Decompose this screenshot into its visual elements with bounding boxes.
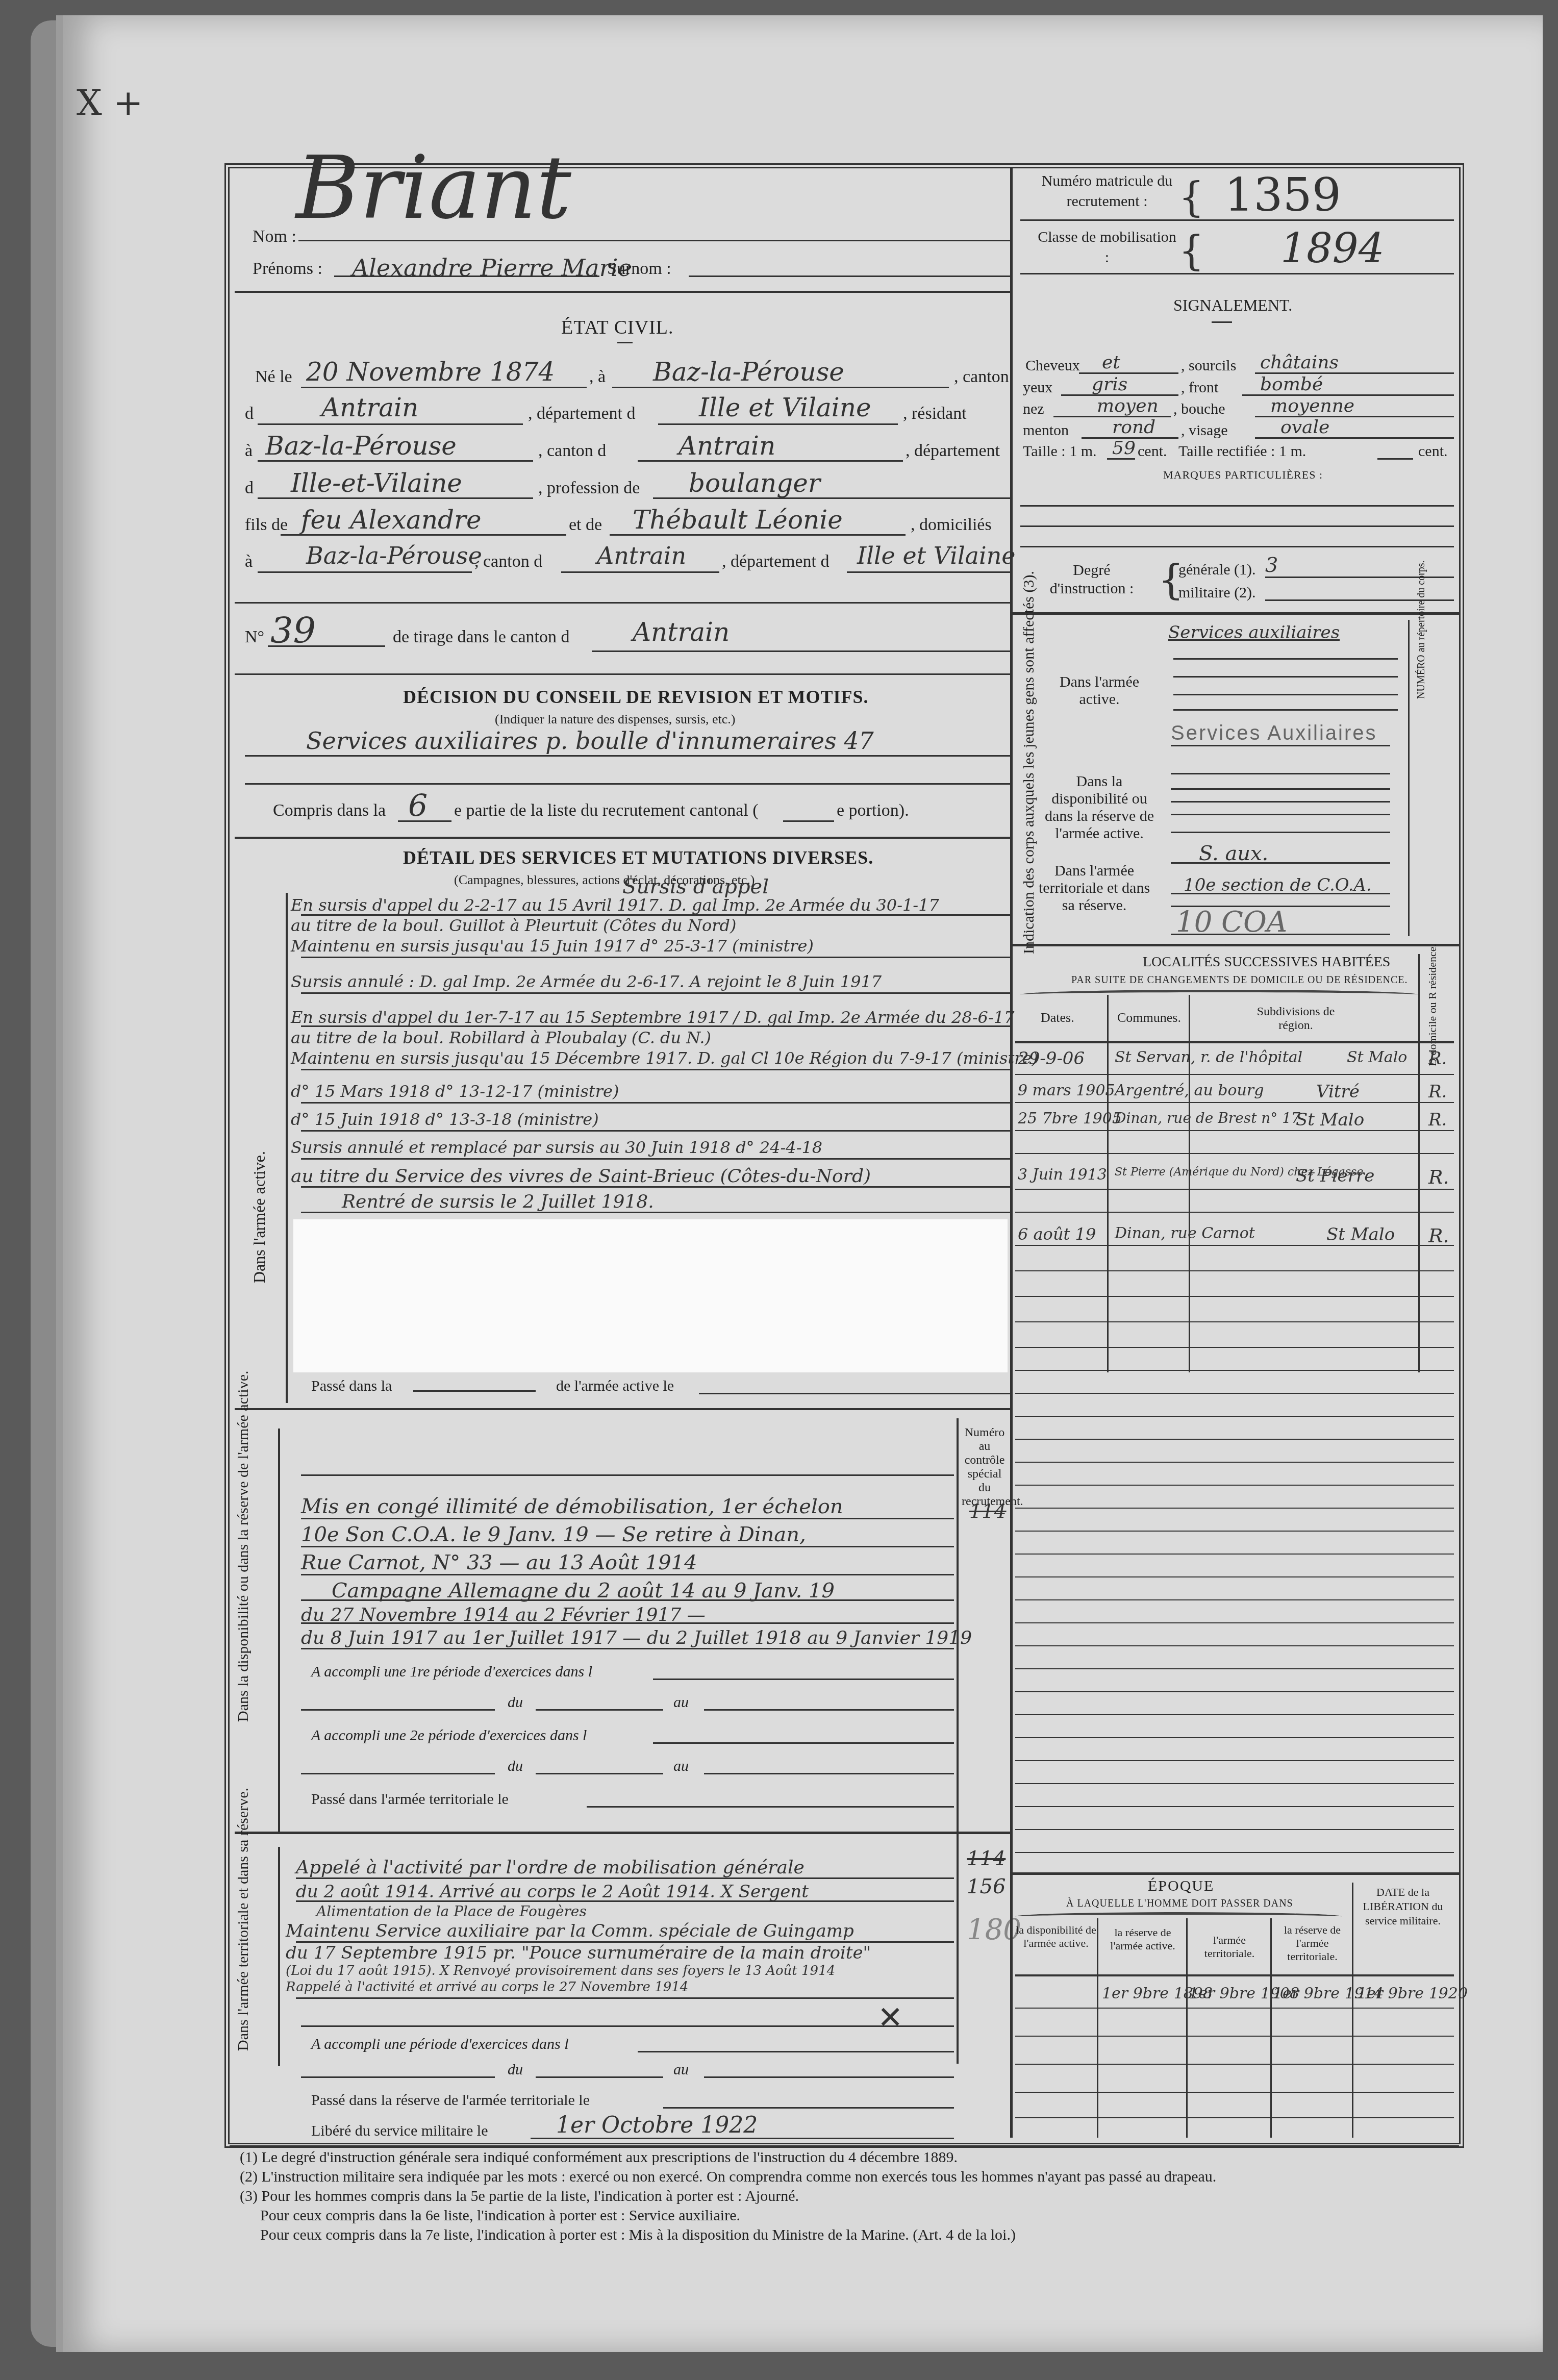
prenoms-value: Alexandre Pierre Marie — [352, 254, 632, 282]
numero-controle-value: 156 — [967, 1875, 1006, 1898]
dispo-line: Rue Carnot, N° 33 — au 13 Août 1914 — [301, 1551, 697, 1574]
service-line: Rentré de sursis le 2 Juillet 1918. — [342, 1191, 654, 1212]
terri-line: du 17 Septembre 1915 pr. "Pouce surnumér… — [286, 1943, 871, 1963]
row-subdivision: Vitré — [1316, 1082, 1360, 1102]
front-value: bombé — [1260, 374, 1323, 395]
redacted-area — [293, 1219, 1008, 1372]
matricule-value: 1359 — [1224, 168, 1341, 222]
parents-canton: Antrain — [597, 542, 686, 569]
footnote: (2) L'instruction militaire sera indiqué… — [240, 2167, 1216, 2187]
parents-place: Baz-la-Pérouse — [306, 542, 482, 569]
col-territoriale: l'armée territoriale. — [1189, 1934, 1270, 1960]
territoriale-side-label: Dans l'armée territoriale et dans sa rés… — [235, 1788, 252, 2051]
birth-date: 20 Novembre 1874 — [306, 357, 555, 387]
row-date: 3 Juin 1913 — [1018, 1166, 1107, 1184]
affectation-side-label: Indication des corps auxquels les jeunes… — [1020, 571, 1038, 954]
sourcils-value: châtains — [1260, 352, 1339, 373]
row-subdivision: St Malo — [1326, 1224, 1395, 1245]
etat-civil-title: ÉTAT CIVIL. — [561, 316, 673, 339]
margin-marks: X + — [77, 82, 143, 123]
classe-label: Classe de mobilisation : — [1036, 227, 1178, 268]
cross-mark-icon: ✕ — [877, 2000, 903, 2036]
row-commune: Dinan, rue de Brest n° 17 — [1115, 1110, 1300, 1126]
footnotes: (1) Le degré d'instruction générale sera… — [240, 2148, 1216, 2245]
dispo-label: Dans la disponibilité ou dans la réserve… — [1041, 773, 1158, 842]
liberation-date: 1er Octobre 1922 — [556, 2112, 758, 2138]
visage-value: ovale — [1280, 417, 1329, 438]
row-commune: Dinan, rue Carnot — [1115, 1224, 1255, 1242]
row-commune: St Servan, r. de l'hôpital — [1115, 1048, 1302, 1066]
services-title: DÉTAIL DES SERVICES ET MUTATIONS DIVERSE… — [403, 847, 873, 868]
row-date: 9 mars 1905 — [1018, 1082, 1115, 1099]
numero-controle-value: 114 — [969, 1500, 1007, 1522]
row-subdivision: St Pierre — [1296, 1166, 1374, 1186]
liberation-value: 1er 9bre 1920 — [1357, 1985, 1468, 2002]
service-line: au titre de la boul. Guillot à Pleurtuit… — [291, 916, 736, 935]
terri-line: Maintenu Service auxiliaire par la Comm.… — [286, 1921, 854, 1941]
dispo-line: Mis en congé illimité de démobilisation,… — [301, 1495, 843, 1518]
compris-partie: 6 — [408, 788, 428, 824]
col-subdivisions: Subdivisions de région. — [1250, 1005, 1342, 1033]
birth-departement: Ille et Vilaine — [699, 393, 871, 422]
localites-title: LOCALITÉS SUCCESSIVES HABITÉES — [1143, 954, 1390, 970]
nez-value: moyen — [1097, 395, 1159, 416]
col-communes: Communes. — [1117, 1010, 1181, 1025]
numero-repertoire-label: NUMÉRO au répertoire du corps. — [1416, 560, 1427, 699]
dispo-line: du 8 Juin 1917 au 1er Juillet 1917 — du … — [301, 1627, 972, 1648]
nom-label: Nom : — [253, 227, 296, 246]
service-line: au titre du Service des vivres de Saint-… — [291, 1166, 871, 1187]
col-reserve-active: la réserve de l'armée active. — [1099, 1926, 1186, 1952]
terri-line: Rappelé à l'activité et arrivé au corps … — [286, 1980, 688, 1995]
disponibilite-side-label: Dans la disponibilité ou dans la réserve… — [235, 1371, 252, 1722]
row-dr: R. — [1428, 1082, 1447, 1102]
active-label: Dans l'armée active. — [1046, 673, 1153, 708]
dispo-line: 10e Son C.O.A. le 9 Janv. 19 — Se retire… — [301, 1523, 806, 1546]
numero-controle-header: Numéro au contrôle spécial du recrutemen… — [962, 1426, 1008, 1509]
terri-line: Appelé à l'activité par l'ordre de mobil… — [296, 1857, 805, 1878]
row-subdivision: St Malo — [1296, 1110, 1364, 1130]
service-line: En sursis d'appel du 1er-7-17 au 15 Sept… — [291, 1008, 1014, 1027]
taille-value: 59 — [1112, 438, 1136, 459]
terri-line: Alimentation de la Place de Fougères — [316, 1903, 587, 1920]
service-line: d° 15 Mars 1918 d° 13-12-17 (ministre) — [291, 1082, 619, 1101]
footnote: (3) Pour les hommes compris dans la 5e p… — [240, 2187, 1216, 2206]
numero-controle-value: 180 — [967, 1913, 1021, 1946]
service-line: Sursis annulé : D. gal Imp. 2e Armée du … — [291, 972, 882, 991]
row-date: 6 août 19 — [1018, 1224, 1096, 1244]
col-domicile-residence: D domicile ou R résidence. — [1426, 944, 1439, 1066]
footnote: Pour ceux compris dans la 6e liste, l'in… — [240, 2206, 1216, 2225]
residence-departement: Ille-et-Vilaine — [291, 468, 462, 498]
row-dr: R. — [1428, 1166, 1449, 1188]
col-liberation: DATE de la LIBÉRATION du service militai… — [1354, 1885, 1451, 1928]
yeux-value: gris — [1092, 374, 1127, 395]
instruction-label: Degré d'instruction : — [1041, 561, 1143, 598]
parents-departement: Ille et Vilaine — [857, 542, 1016, 569]
row-commune: Argentré, au bourg — [1115, 1082, 1264, 1099]
bouche-value: moyenne — [1270, 395, 1354, 416]
signalement-title: SIGNALEMENT. — [1173, 296, 1292, 315]
mother-name: Thébault Léonie — [633, 505, 843, 535]
terri-affectation-label: Dans l'armée territoriale et dans sa rés… — [1036, 862, 1153, 914]
residence-canton: Antrain — [679, 431, 775, 461]
footnote: Pour ceux compris dans la 7e liste, l'in… — [240, 2225, 1216, 2245]
matricule-label: Numéro matricule du recrutement : — [1036, 171, 1178, 212]
instruction-generale-value: 3 — [1265, 554, 1278, 577]
service-line: Sursis annulé et remplacé par sursis au … — [291, 1138, 822, 1157]
row-date: 29-9-06 — [1018, 1048, 1085, 1069]
classe-value: 1894 — [1280, 224, 1385, 272]
surnom-label: Surnom : — [607, 259, 671, 279]
terri-line: (Loi du 17 août 1915). X Renvoyé proviso… — [286, 1963, 835, 1978]
numero-controle-value: 114 — [967, 1847, 1006, 1870]
footnote: (1) Le degré d'instruction générale sera… — [240, 2148, 1216, 2167]
row-dr: R. — [1428, 1110, 1447, 1130]
nom-value: Briant — [296, 138, 571, 239]
decision-title: DÉCISION DU CONSEIL DE REVISION ET MOTIF… — [403, 686, 869, 708]
col-dates: Dates. — [1041, 1010, 1074, 1025]
row-dr: R. — [1428, 1048, 1447, 1069]
father-name: feu Alexandre — [301, 505, 482, 535]
tirage-canton: Antrain — [633, 617, 730, 647]
row-date: 25 7bre 1905 — [1018, 1110, 1122, 1128]
row-dr: R. — [1428, 1224, 1449, 1247]
row-subdivision: St Malo — [1347, 1048, 1407, 1066]
profession: boulanger — [689, 468, 820, 498]
terri-line: du 2 août 1914. Arrivé au corps le 2 Aoû… — [296, 1882, 809, 1902]
col-disponibilite: la disponibilité de l'armée active. — [1015, 1923, 1097, 1950]
service-line: d° 15 Juin 1918 d° 13-3-18 (ministre) — [291, 1110, 599, 1129]
matricule-form: Nom : Briant Prénoms : Alexandre Pierre … — [224, 163, 1464, 2148]
epoque-title: ÉPOQUE — [1148, 1877, 1214, 1895]
active-value: Services auxiliaires — [1168, 622, 1340, 643]
service-line: au titre de la boul. Robillard à Ploubal… — [291, 1028, 711, 1047]
birth-canton: Antrain — [321, 393, 418, 422]
services-auxiliaires-stamp: Services Auxiliaires — [1171, 722, 1377, 745]
service-line: En sursis d'appel du 2-2-17 au 15 Avril … — [291, 895, 939, 915]
decision-value: Services auxiliaires p. boulle d'innumer… — [306, 727, 874, 755]
service-line: Maintenu en sursis jusqu'au 15 Juin 1917… — [291, 936, 814, 956]
residence-place: Baz-la-Pérouse — [265, 431, 457, 461]
service-line: Maintenu en sursis jusqu'au 15 Décembre … — [291, 1048, 1038, 1068]
col-reserve-territoriale: la réserve de l'armée territoriale. — [1273, 1923, 1352, 1963]
birth-place: Baz-la-Pérouse — [653, 357, 844, 387]
cheveux-value: et — [1102, 352, 1120, 373]
terri-affectation-value: 10e section de C.O.A. — [1184, 875, 1372, 895]
menton-value: rond — [1112, 417, 1155, 438]
services-side-label: Dans l'armée active. — [250, 1151, 269, 1283]
prenoms-label: Prénoms : — [253, 259, 322, 279]
